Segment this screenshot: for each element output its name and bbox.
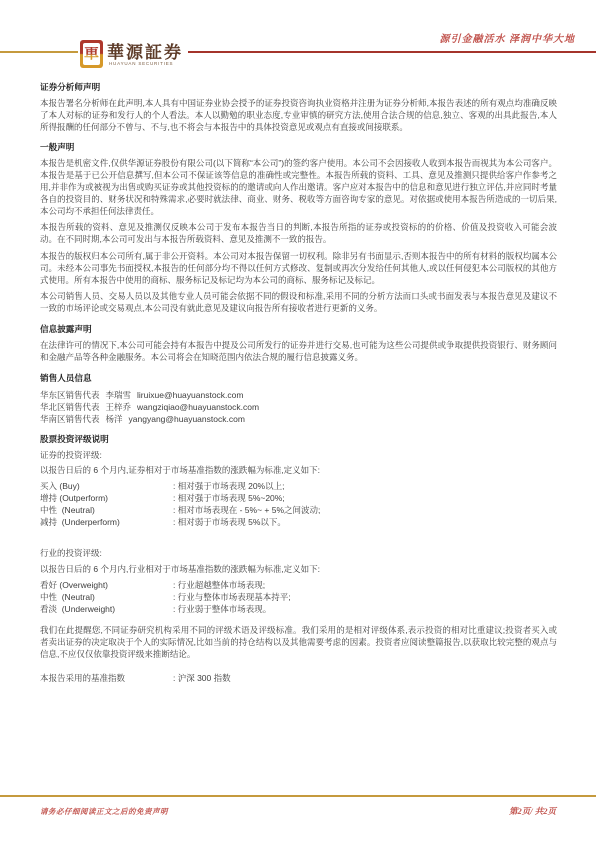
section-heading-general-statement: 一般声明 (40, 142, 557, 152)
sales-contact-row: 华东区销售代表李瑞雪liruixue@huayuanstock.com (40, 389, 557, 401)
contact-email: yangyang@huayuanstock.com (129, 414, 245, 424)
company-slogan: 源引金融活水 泽润中华大地 (440, 30, 576, 45)
rating-definition: : 相对市场表现在 - 5%~ + 5%之间波动; (173, 505, 557, 517)
contact-role: 华东区销售代表 (40, 390, 100, 400)
rating-definition: : 行业超越整体市场表现; (173, 580, 557, 592)
general-statement-paragraph: 本报告的版权归本公司所有,属于非公开资料。本公司对本报告保留一切权利。除非另有书… (40, 251, 557, 286)
sales-contact-row: 华南区销售代表杨洋yangyang@huayuanstock.com (40, 413, 557, 425)
section-heading-disclosure: 信息披露声明 (40, 324, 557, 334)
rating-definition: : 行业与整体市场表现基本持平; (173, 592, 557, 604)
section-heading-sales-contacts: 销售人员信息 (40, 373, 557, 383)
rating-reminder-paragraph: 我们在此提醒您,不同证券研究机构采用不同的评级术语及评级标准。我们采用的是相对评… (40, 625, 557, 660)
rating-label: 看淡 (Underweight) (40, 604, 173, 616)
rating-label: 买入 (Buy) (40, 481, 173, 493)
industry-rating-title: 行业的投资评级: (40, 548, 557, 560)
rating-row: 增持 (Outperform): 相对强于市场表现 5%~20%; (40, 493, 557, 505)
huayuan-seal-logo-icon: 車 (80, 40, 103, 68)
contact-email: liruixue@huayuanstock.com (137, 390, 243, 400)
rating-row: 减持 (Underperform): 相对弱于市场表现 5%以下。 (40, 517, 557, 529)
rating-label: 增持 (Outperform) (40, 493, 173, 505)
benchmark-index-row: 本报告采用的基准指数: 沪深 300 指数 (40, 673, 557, 685)
header-red-rule (188, 51, 596, 53)
rating-definition: : 行业弱于整体市场表现。 (173, 604, 557, 616)
rating-row: 看淡 (Underweight): 行业弱于整体市场表现。 (40, 604, 557, 616)
rating-label: 中性 (Neutral) (40, 592, 173, 604)
rating-row: 看好 (Overweight): 行业超越整体市场表现; (40, 580, 557, 592)
rating-row: 中性 (Neutral): 相对市场表现在 - 5%~ + 5%之间波动; (40, 505, 557, 517)
benchmark-label: 本报告采用的基准指数 (40, 673, 173, 685)
security-rating-title: 证券的投资评级: (40, 450, 557, 462)
footer-page-number: 第2页/ 共2页 (509, 805, 556, 817)
rating-definition: : 相对强于市场表现 5%~20%; (173, 493, 557, 505)
seal-glyph: 車 (84, 47, 99, 62)
rating-definition: : 相对弱于市场表现 5%以下。 (173, 517, 557, 529)
rating-label: 看好 (Overweight) (40, 580, 173, 592)
contact-email: wangziqiao@huayuanstock.com (137, 402, 259, 412)
section-heading-analyst-statement: 证券分析师声明 (40, 82, 557, 92)
rating-row: 买入 (Buy): 相对强于市场表现 20%以上; (40, 481, 557, 493)
report-page: 車 華源証券 HUAYUAN SECURITIES 源引金融活水 泽润中华大地 … (0, 0, 596, 842)
security-rating-intro: 以报告日后的 6 个月内,证券相对于市场基准指数的涨跌幅为标准,定义如下: (40, 465, 557, 477)
contact-role: 华南区销售代表 (40, 414, 100, 424)
sales-contact-row: 华北区销售代表王梓乔wangziqiao@huayuanstock.com (40, 401, 557, 413)
document-body: 证券分析师声明 本报告署名分析师在此声明,本人具有中国证券业协会授予的证券投资咨… (40, 82, 557, 685)
footer-disclaimer: 请务必仔细阅读正文之后的免责声明 (40, 806, 168, 817)
brand-name-english: HUAYUAN SECURITIES (109, 61, 173, 66)
contact-name: 李瑞雪 (106, 390, 132, 400)
rating-label: 减持 (Underperform) (40, 517, 173, 529)
section-heading-rating-explanation: 股票投资评级说明 (40, 434, 557, 444)
general-statement-paragraph: 本报告是机密文件,仅供华源证券股份有限公司(以下简称“本公司”)的签约客户使用。… (40, 158, 557, 217)
brand-name-chinese: 華源証券 (107, 38, 183, 63)
analyst-statement-paragraph: 本报告署名分析师在此声明,本人具有中国证券业协会授予的证券投资咨询执业资格并注册… (40, 98, 557, 133)
rating-row: 中性 (Neutral): 行业与整体市场表现基本持平; (40, 592, 557, 604)
sales-contact-list: 华东区销售代表李瑞雪liruixue@huayuanstock.com 华北区销… (40, 389, 557, 425)
disclosure-paragraph: 在法律许可的情况下,本公司可能会持有本报告中提及公司所发行的证券并进行交易,也可… (40, 340, 557, 364)
seal-inner: 車 (83, 43, 100, 65)
rating-label: 中性 (Neutral) (40, 505, 173, 517)
general-statement-paragraph: 本公司销售人员、交易人员以及其他专业人员可能会依据不同的假设和标准,采用不同的分… (40, 291, 557, 315)
benchmark-value: : 沪深 300 指数 (173, 673, 557, 685)
contact-name: 杨洋 (106, 414, 123, 424)
contact-name: 王梓乔 (106, 402, 132, 412)
general-statement-paragraph: 本报告所载的资料、意见及推测仅反映本公司于发布本报告当日的判断,本报告所指的证券… (40, 222, 557, 246)
industry-rating-intro: 以报告日后的 6 个月内,行业相对于市场基准指数的涨跌幅为标准,定义如下: (40, 564, 557, 576)
contact-role: 华北区销售代表 (40, 402, 100, 412)
rating-definition: : 相对强于市场表现 20%以上; (173, 481, 557, 493)
header-gold-rule (0, 51, 78, 53)
footer-gold-rule (0, 795, 596, 797)
